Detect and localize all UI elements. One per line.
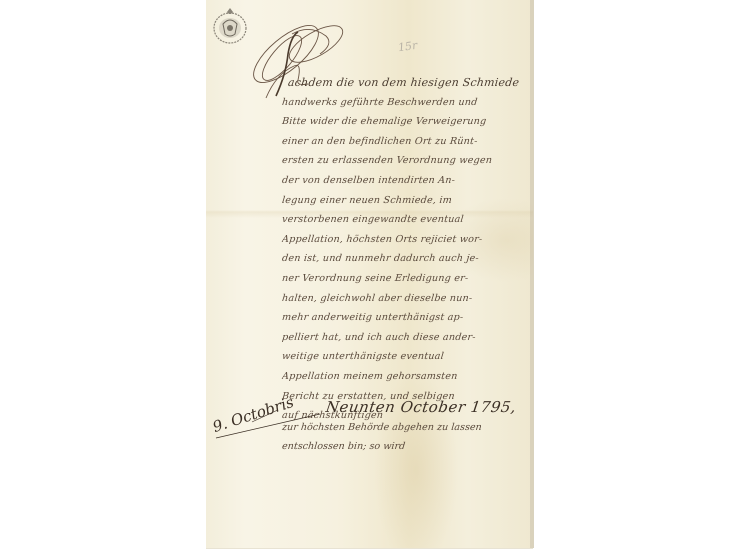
body-line: Appellation meinem gehorsamsten — [281, 367, 528, 387]
body-line: Bitte wider die ehemalige Verweigerung — [281, 112, 528, 132]
date-line: Neunten October 1795, — [325, 398, 518, 416]
body-line: verstorbenen eingewandte eventual — [281, 210, 528, 230]
body-line: legung einer neuen Schmiede, im — [281, 191, 528, 211]
pencil-folio-number: 15r — [397, 39, 418, 55]
manuscript-page: 15r achdem die von dem hiesigen Schmiede… — [206, 0, 533, 548]
body-line: halten, gleichwohl aber dieselbe nun- — [281, 289, 528, 309]
body-line: ersten zu erlassenden Verordnung wegen — [281, 151, 528, 171]
body-line: der von denselben intendirten An- — [281, 171, 528, 191]
body-line: ner Verordnung seine Erledigung er- — [281, 269, 528, 289]
body-line: pelliert hat, und ich auch diese ander- — [281, 328, 528, 348]
body-line: Appellation, höchsten Orts rejiciet wor- — [281, 230, 528, 250]
body-line: einer an den befindlichen Ort zu Rünt- — [281, 132, 528, 152]
body-line: handwerks geführte Beschwerden und — [281, 93, 528, 113]
body-line: mehr anderweitig unterthänigst ap- — [281, 308, 528, 328]
letter-body: achdem die von dem hiesigen Schmiede han… — [282, 73, 527, 426]
page-edge — [530, 0, 533, 548]
body-line: achdem die von dem hiesigen Schmiede — [281, 73, 528, 93]
body-line: den ist, und nunmehr dadurch auch je- — [281, 249, 528, 269]
body-line: weitige unterthänigste eventual — [281, 347, 528, 367]
